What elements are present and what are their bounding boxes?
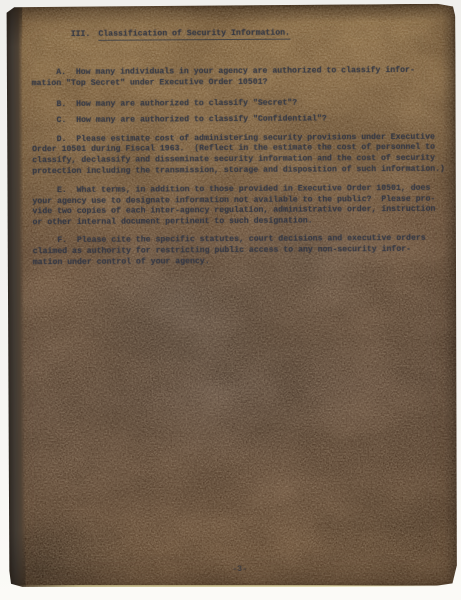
- page-bottom-edge-highlight: [14, 585, 451, 587]
- paragraph-c: C. How many are authorized to classify "…: [32, 113, 446, 126]
- paragraph-e: E. What terms, in addition to those prov…: [32, 183, 446, 229]
- section-heading: III.Classification of Security Informati…: [31, 17, 445, 52]
- paragraph-d: D. Please estimate cost of administering…: [32, 132, 446, 178]
- text-line: protection including the transmission, s…: [32, 165, 446, 178]
- text-line: or other internal document pertinent to …: [33, 216, 447, 229]
- text-line: B. How many are authorized to classify "…: [32, 98, 446, 111]
- binding-edge-strip: [5, 6, 26, 588]
- paragraph-f: F. Please cite the specific statutes, co…: [33, 234, 447, 269]
- section-title: Classification of Security Information.: [98, 28, 290, 40]
- paragraph-a: A. How many individuals in your agency a…: [32, 66, 446, 90]
- typewritten-text: III.Classification of Security Informati…: [31, 17, 447, 269]
- text-line: C. How many are authorized to classify "…: [32, 113, 446, 126]
- section-numeral: III.: [71, 30, 91, 39]
- paragraph-b: B. How many are authorized to classify "…: [32, 98, 446, 111]
- scanned-document-photo: III.Classification of Security Informati…: [0, 0, 461, 600]
- text-line: mation "Top Secret" under Executive Orde…: [32, 77, 446, 90]
- document-page: III.Classification of Security Informati…: [5, 4, 459, 589]
